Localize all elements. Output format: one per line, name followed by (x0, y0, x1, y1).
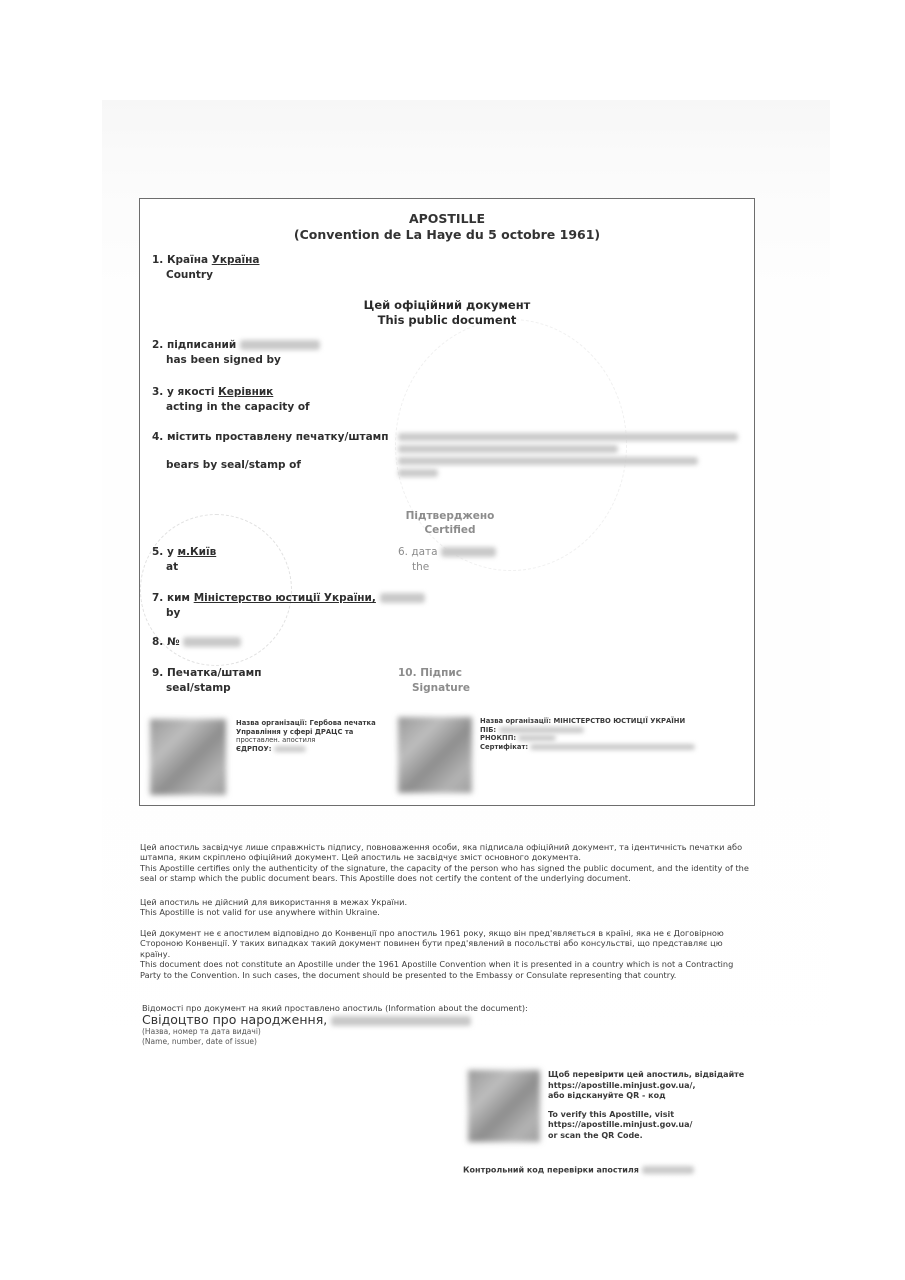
field-seal-stamp: 9. Печатка/штамп seal/stamp (152, 666, 261, 696)
document-info-value: Свідоцтво про народження, (142, 1012, 327, 1027)
document-info: Відомості про документ на який проставле… (142, 1003, 642, 1046)
certified-mark: Підтверджено Certified (390, 509, 510, 537)
redacted-number (183, 637, 241, 647)
control-code: Контрольний код перевірки апостиля (463, 1166, 694, 1175)
country-value: Україна (212, 254, 260, 266)
verify-link-en[interactable]: https://apostille.minjust.gov.ua/ (548, 1120, 758, 1131)
field-seal: 4. містить проставлену печатку/штамп bea… (152, 430, 389, 473)
signature-info-block: Назва організації: МІНІСТЕРСТВО ЮСТИЦІЇ … (480, 717, 750, 751)
apostille-title: APOSTILLE (Convention de La Haye du 5 oc… (140, 211, 754, 243)
notice-scope: Цей апостиль засвідчує лише справжність … (140, 842, 755, 884)
seal-info-block: Назва організації: Гербова печатка Управ… (236, 719, 376, 753)
redacted-signer (240, 340, 320, 350)
redacted-seal-owner (398, 433, 743, 477)
authority-value: Міністерство юстиції України, (194, 592, 376, 604)
field-capacity: 3. у якості Керівник acting in the capac… (152, 385, 310, 415)
field-at: 5. у м.Київ at (152, 545, 216, 575)
public-document-heading: Цей офіційний документ This public docum… (140, 298, 754, 328)
apostille-frame: APOSTILLE (Convention de La Haye du 5 oc… (139, 198, 755, 806)
signature-qr-code (398, 717, 472, 793)
capacity-value: Керівник (218, 386, 273, 398)
seal-qr-code (150, 719, 226, 795)
redacted-control-code (642, 1166, 694, 1174)
redacted-date (441, 547, 496, 557)
verify-link-uk[interactable]: https://apostille.minjust.gov.ua/, (548, 1081, 758, 1092)
field-signature: 10. Підпис Signature (398, 666, 470, 696)
place-value: м.Київ (177, 546, 216, 558)
notice-convention: Цей документ не є апостилем відповідно д… (140, 928, 755, 980)
notice-validity: Цей апостиль не дійсний для використання… (140, 897, 755, 918)
field-signed-by: 2. підписаний has been signed by (152, 338, 320, 368)
field-by: 7. ким Міністерство юстиції України, by (152, 591, 425, 621)
field-country: 1. Країна Україна Country (152, 253, 260, 283)
field-date: 6. дата the (398, 545, 496, 575)
verify-instructions: Щоб перевірити цей апостиль, відвідайте … (548, 1070, 758, 1141)
field-number: 8. № (152, 635, 241, 650)
verify-qr-code (468, 1070, 540, 1142)
